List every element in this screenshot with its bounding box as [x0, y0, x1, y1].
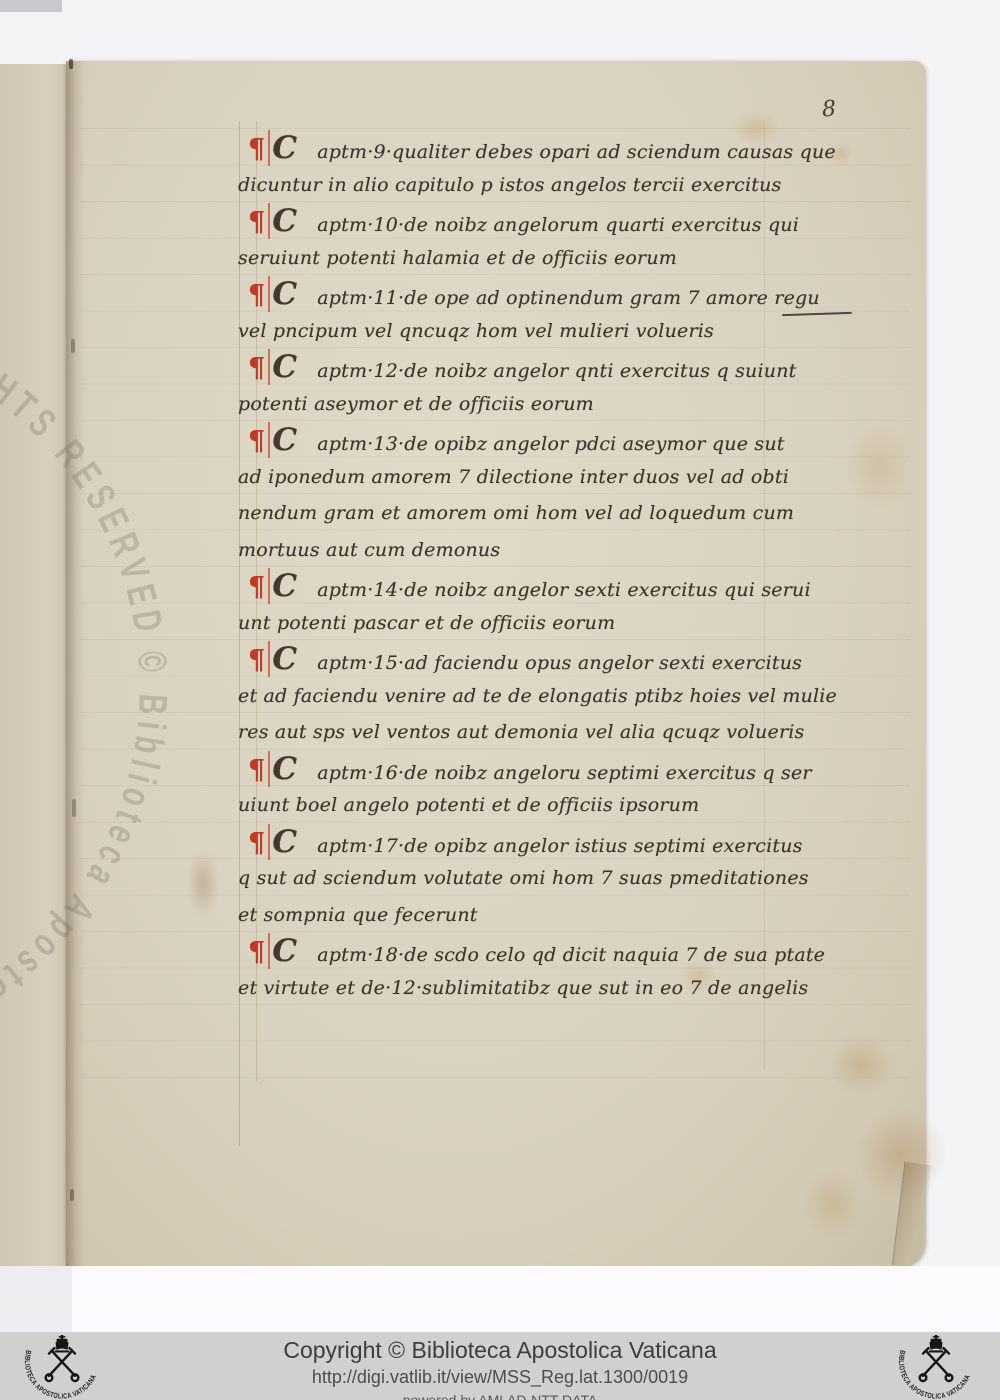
chapter-entry-line: ¶Captm·12·de noibz angelor qnti exercitu… — [236, 349, 811, 386]
manuscript-line-text: aptm·12·de noibz angelor qnti exercitus … — [317, 360, 796, 382]
rubric-paragraph-mark: ¶ — [248, 134, 265, 165]
chapter-entry-line: ¶Captm·18·de scdo celo qd dicit naquia 7… — [236, 933, 811, 970]
papal-tiara-icon — [929, 1335, 944, 1353]
digitized-manuscript-scan: 8 ¶Captm·9·qualiter debes opari ad scien… — [0, 0, 1000, 1400]
fold-mark — [70, 1189, 74, 1201]
manuscript-line-text: vel pncipum vel qncuqz hom vel mulieri v… — [238, 320, 714, 342]
manuscript-line-text: aptm·10·de noibz angelorum quarti exerci… — [317, 214, 799, 236]
manuscript-line-text: aptm·16·de noibz angeloru septimi exerci… — [317, 762, 811, 784]
chapter-entry-line: ¶Captm·17·de opibz angelor istius septim… — [236, 824, 811, 861]
manuscript-line-text: et ad faciendu venire ad te de elongatis… — [238, 685, 837, 707]
manuscript-line-text: aptm·9·qualiter debes opari ad sciendum … — [317, 141, 836, 163]
seal-ring-text: BIBLIOTECA APOSTOLICA VATICANA — [897, 1349, 972, 1400]
chapter-initial-C: C — [268, 130, 297, 166]
chapter-initial-C: C — [268, 276, 297, 312]
stain — [844, 421, 914, 511]
chapter-entry-continuation: et virtute et de·12·sublimitatibz que su… — [236, 970, 811, 1007]
footer-text: Copyright © Biblioteca Apostolica Vatica… — [0, 1332, 1000, 1400]
chapter-initial-C: C — [268, 824, 297, 860]
manuscript-line-text: potenti aseymor et de officiis eorum — [238, 393, 594, 415]
stain — [186, 849, 220, 919]
source-url: http://digi.vatlib.it/view/MSS_Reg.lat.1… — [0, 1367, 1000, 1388]
chapter-entry-line: ¶Captm·13·de opibz angelor pdci aseymor … — [236, 422, 811, 459]
manuscript-line-text: aptm·18·de scdo celo qd dicit naquia 7 d… — [317, 944, 825, 966]
chapter-entry-continuation: dicuntur in alio capitulo p istos angelo… — [236, 167, 811, 204]
chapter-initial-C: C — [268, 422, 297, 458]
chapter-entry-continuation: ad iponedum amorem 7 dilectione inter du… — [236, 459, 811, 496]
manuscript-line-text: et virtute et de·12·sublimitatibz que su… — [238, 977, 808, 999]
chapter-entry-line: ¶Captm·9·qualiter debes opari ad sciendu… — [236, 130, 811, 167]
powered-by-line: powered by AMLAD·NTT DATA — [0, 1392, 1000, 1400]
manuscript-line-text: et sompnia que fecerunt — [238, 904, 478, 926]
chapter-entry-continuation: et ad faciendu venire ad te de elongatis… — [236, 678, 811, 715]
chapter-initial-C: C — [268, 933, 297, 969]
manuscript-line-text: q sut ad sciendum volutate omi hom 7 sua… — [238, 867, 809, 889]
manuscript-line-text: dicuntur in alio capitulo p istos angelo… — [238, 174, 782, 196]
chapter-initial-C: C — [268, 568, 297, 604]
backdrop-bottom-left — [0, 1266, 72, 1332]
chapter-entry-continuation: vel pncipum vel qncuqz hom vel mulieri v… — [236, 313, 811, 350]
chapter-entry-line: ¶Captm·11·de ope ad optinendum gram 7 am… — [236, 276, 811, 313]
copyright-line: Copyright © Biblioteca Apostolica Vatica… — [0, 1337, 1000, 1364]
manuscript-line-text: aptm·13·de opibz angelor pdci aseymor qu… — [317, 433, 784, 455]
manuscript-line-text: aptm·17·de opibz angelor istius septimi … — [317, 835, 802, 857]
manuscript-line-text: uiunt boel angelo potenti et de officiis… — [238, 794, 699, 816]
chapter-entry-continuation: res aut sps vel ventos aut demonia vel a… — [236, 714, 811, 751]
folio-number: 8 — [821, 97, 837, 123]
chapter-entry-continuation: seruiunt potenti halamia et de officiis … — [236, 240, 811, 277]
chapter-initial-C: C — [268, 203, 297, 239]
chapter-initial-C: C — [268, 751, 297, 787]
manuscript-page: 8 ¶Captm·9·qualiter debes opari ad scien… — [66, 61, 926, 1267]
chapter-entry-line: ¶Captm·14·de noibz angelor sexti exercit… — [236, 568, 811, 605]
chapter-entry-line: ¶Captm·16·de noibz angeloru septimi exer… — [236, 751, 811, 788]
stain — [826, 1033, 896, 1097]
chapter-entry-continuation: unt potenti pascar et de officiis eorum — [236, 605, 811, 642]
manuscript-text-block: ¶Captm·9·qualiter debes opari ad sciendu… — [236, 130, 811, 1006]
manuscript-line-text: aptm·15·ad faciendu opus angelor sexti e… — [317, 652, 802, 674]
manuscript-line-text: aptm·14·de noibz angelor sexti exercitus… — [317, 579, 810, 601]
rubric-paragraph-mark: ¶ — [248, 572, 265, 603]
rubric-paragraph-mark: ¶ — [248, 828, 265, 859]
manuscript-line-text: ad iponedum amorem 7 dilectione inter du… — [238, 466, 789, 488]
rubric-paragraph-mark: ¶ — [248, 207, 265, 238]
fold-mark — [71, 339, 75, 353]
manuscript-line-text: unt potenti pascar et de officiis eorum — [238, 612, 615, 634]
manuscript-line-text: res aut sps vel ventos aut demonia vel a… — [238, 721, 804, 743]
chapter-initial-C: C — [268, 641, 297, 677]
svg-text:BIBLIOTECA APOSTOLICA VATICANA: BIBLIOTECA APOSTOLICA VATICANA — [897, 1349, 972, 1400]
chapter-entry-continuation: mortuus aut cum demonus — [236, 532, 811, 569]
rubric-paragraph-mark: ¶ — [248, 937, 265, 968]
stain — [802, 1169, 862, 1239]
chapter-entry-continuation: uiunt boel angelo potenti et de officiis… — [236, 787, 811, 824]
chapter-entry-line: ¶Captm·15·ad faciendu opus angelor sexti… — [236, 641, 811, 678]
vatican-library-seal: BIBLIOTECA APOSTOLICA VATICANA — [886, 1335, 986, 1400]
backdrop-corner — [0, 0, 62, 12]
chapter-initial-C: C — [268, 349, 297, 385]
manuscript-line-text: mortuus aut cum demonus — [238, 539, 500, 561]
fold-mark — [69, 59, 73, 69]
chapter-entry-continuation: q sut ad sciendum volutate omi hom 7 sua… — [236, 860, 811, 897]
chapter-entry-line: ¶Captm·10·de noibz angelorum quarti exer… — [236, 203, 811, 240]
chapter-entry-continuation: potenti aseymor et de officiis eorum — [236, 386, 811, 423]
rubric-paragraph-mark: ¶ — [248, 755, 265, 786]
chapter-entry-continuation: et sompnia que fecerunt — [236, 897, 811, 934]
fold-mark — [72, 799, 76, 817]
rubric-paragraph-mark: ¶ — [248, 353, 265, 384]
footer-bar: BIBLIOTECA APOSTOLICA VATICANA Copyright… — [0, 1332, 1000, 1400]
rubric-paragraph-mark: ¶ — [248, 645, 265, 676]
backdrop-bottom — [0, 1266, 1000, 1332]
rubric-paragraph-mark: ¶ — [248, 280, 265, 311]
chapter-entry-continuation: nendum gram et amorem omi hom vel ad loq… — [236, 495, 811, 532]
manuscript-line-text: nendum gram et amorem omi hom vel ad loq… — [238, 502, 794, 524]
manuscript-line-text: aptm·11·de ope ad optinendum gram 7 amor… — [317, 287, 820, 309]
rubric-paragraph-mark: ¶ — [248, 426, 265, 457]
manuscript-line-text: seruiunt potenti halamia et de officiis … — [238, 247, 677, 269]
